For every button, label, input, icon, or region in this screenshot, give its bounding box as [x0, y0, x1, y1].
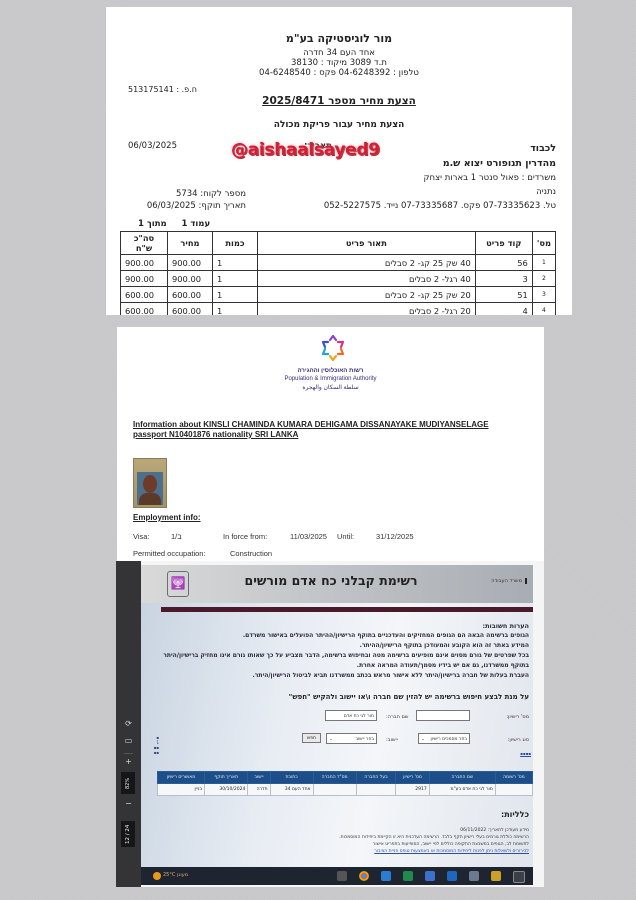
summary-lines: מידע מעודכן לתאריך: 06/11/2022 הרשימה כו… [199, 827, 529, 855]
cell-total: 900.00 [121, 255, 168, 271]
passport-photo [133, 458, 167, 508]
to-label: לכבוד [316, 141, 556, 156]
explorer-icon[interactable] [491, 871, 501, 881]
to-company: מהדרין תנופורט יצוא ש.מ [316, 156, 556, 171]
settlement-select[interactable]: בחר יישוב⌄ [326, 733, 377, 744]
cell-desc: 20 שק 25 קג- 2 סבלים [258, 287, 476, 303]
occupation-value: Construction [230, 549, 272, 558]
results-col-header: בעל החברה [356, 772, 396, 784]
company-name-input[interactable]: מור לגי כח אדם [325, 710, 377, 721]
authority-name-ar: سلطة السكان والهجرة [117, 384, 544, 391]
authority-name-he: רשות האוכלוסין וההגירה [117, 368, 544, 374]
mail-icon[interactable] [447, 871, 457, 881]
cell-price: 900.00 [168, 271, 213, 287]
license-type-select[interactable]: בחר מסמכים רישיון⌄ [418, 733, 470, 744]
results-col-header: שם החברה [429, 772, 495, 784]
until-value: 31/12/2025 [376, 532, 414, 541]
summary-title: כלליות: [501, 810, 529, 819]
to-offices: משרדים : פאול סנטר 1 בארות יצחק [316, 171, 556, 186]
customer-no: 5734 [176, 189, 198, 199]
results-cell: חדרה [248, 784, 270, 796]
table-row: 2340 רגל- 2 סבלים1900.00900.00 [121, 271, 556, 287]
results-col-header: מס' רישיון [396, 772, 429, 784]
zoom-level: 82% [121, 772, 135, 794]
search-instruction: על מנת לבצע חיפוש ברשימה יש להזין שם חבר… [289, 693, 529, 701]
person-info-line1: Information about KINSLI CHAMINDA KUMARA… [133, 420, 489, 430]
table-row: 35120 שק 25 קג- 2 סבלים1600.00600.00 [121, 287, 556, 303]
cell-qty: 1 [213, 271, 258, 287]
results-col-header: מאושרים רישיון [158, 772, 205, 784]
site-title: רשימת קבלני כח אדם מורשים [221, 573, 441, 588]
date-value: 06/03/2025 [128, 141, 177, 151]
contractor-list-photo: ⟳ ▭ + 82% − 12 / 24 🕎 רשימת קבלני כח אדם… [116, 561, 544, 887]
cell-code: 3 [475, 271, 532, 287]
weather-desc: מעונן [177, 872, 188, 878]
company-name-label: שם חברה: [386, 714, 408, 720]
note-2: המידע באתר זה הוא הקובע והמעודכן בתוקף ה… [159, 641, 529, 651]
visa-label: Visa: [133, 532, 150, 541]
zoom-in-button[interactable]: + [116, 757, 141, 766]
rotate-icon[interactable]: ⟳ [116, 719, 141, 728]
cell-idx: 3 [532, 287, 555, 303]
cell-desc: 40 רגל- 2 סבלים [258, 271, 476, 287]
weather-text: 25°C מעונן [163, 872, 188, 878]
summary-line: הרשימה כוללת גורמים בעלי רישיון תקף בלבד… [199, 834, 529, 841]
results-col-header: מס' רשומה [495, 772, 532, 784]
note-3: בכל שפרטים של גורם מסוים אינם מופיעים בר… [159, 651, 529, 661]
recipient-block: לכבוד מהדרין תנופורט יצוא ש.מ משרדים : פ… [316, 141, 556, 186]
chevron-down-icon: ⌄ [421, 734, 425, 745]
tax-id-value: 513175141 [128, 85, 174, 94]
to-city: נתניה [316, 187, 556, 197]
results-cell: מור לגי כח אדם בע"מ [429, 784, 495, 796]
results-header-row: מס' רשומהשם החברהמס' רישיוןבעל החברהמס"ד… [158, 772, 533, 784]
col-total: סה"כ ש"ח [121, 232, 168, 255]
weather-temp: 25°C [163, 872, 175, 878]
cell-price: 600.00 [168, 287, 213, 303]
license-no-label: מס' רישיון: [506, 714, 529, 720]
task-view-icon[interactable] [337, 871, 347, 881]
fit-page-icon[interactable]: ▭ [116, 736, 141, 745]
cell-desc: 40 שק 25 קג- 2 סבלים [258, 255, 476, 271]
note-5: העברת בעלות של חברה ברישיון/היתר ללא איש… [159, 671, 529, 681]
edge-icon[interactable] [381, 871, 391, 881]
tax-id-label: ח.פ. [182, 85, 197, 94]
license-no-input[interactable] [416, 710, 470, 721]
tax-id: ח.פ. : 513175141 [128, 85, 197, 94]
results-cell [313, 784, 356, 796]
valid-until-label: תאריך תוקף: [199, 201, 246, 211]
cell-idx: 2 [532, 271, 555, 287]
page-indicator: עמוד 1 מתוך 1 [138, 219, 210, 229]
results-cell: 30/10/2024 [205, 784, 248, 796]
page-of-label: מתוך [147, 219, 167, 229]
page-label: עמוד [190, 219, 210, 229]
notes-title: הערות חשובות: [159, 621, 529, 631]
in-force-value: 11/03/2025 [290, 532, 327, 541]
page-counter: 12 / 24 [121, 821, 135, 847]
cell-idx: 4 [532, 303, 555, 316]
items-table: מס' קוד פריט תאור פריט כמות מחיר סה"כ ש"… [120, 231, 556, 315]
results-col-header: יישוב [248, 772, 270, 784]
cell-total: 600.00 [121, 287, 168, 303]
chevron-down-icon: ⌄ [329, 734, 333, 745]
state-emblem-icon: 🕎 [167, 571, 189, 597]
person-info-line2: passport N10401876 nationality SRI LANKA [133, 430, 489, 440]
col-desc: תאור פריט [258, 232, 476, 255]
settlement-label: יישוב: [386, 737, 398, 743]
monitor-screen: 🕎 רשימת קבלני כח אדם מורשים משרד העבודה … [141, 565, 533, 885]
side-note: ▪1▪▪▪▪ [143, 735, 159, 755]
cell-idx: 1 [532, 255, 555, 271]
immigration-record: רשות האוכלוסין וההגירה Population & Immi… [117, 327, 544, 563]
site-header: 🕎 רשימת קבלני כח אדם מורשים משרד העבודה [141, 565, 533, 603]
employment-info-heading: Employment info: [133, 513, 201, 522]
occupation-label: Permitted occupation: [133, 549, 206, 558]
results-cell: בניין [158, 784, 205, 796]
summary-line: מידע מעודכן לתאריך: 06/11/2022 [199, 827, 529, 834]
cell-qty: 1 [213, 303, 258, 316]
contractor-results-table: מס' רשומהשם החברהמס' רישיוןבעל החברהמס"ד… [157, 771, 533, 796]
windows-taskbar: 25°C מעונן [141, 867, 533, 885]
zoom-out-button[interactable]: − [116, 799, 141, 808]
cell-price: 600.00 [168, 303, 213, 316]
items-table-header: מס' קוד פריט תאור פריט כמות מחיר סה"כ ש"… [121, 232, 556, 255]
table-row: 15640 שק 25 קג- 2 סבלים1900.00900.00 [121, 255, 556, 271]
to-city-wrap: נתניה [316, 187, 556, 197]
cell-desc: 20 רגל- 2 סבלים [258, 303, 476, 316]
until-label: Until: [337, 532, 354, 541]
settlement-value: בחר יישוב [355, 737, 374, 742]
cell-price: 900.00 [168, 255, 213, 271]
table-row: 4420 רגל- 2 סבלים1600.00600.00 [121, 303, 556, 316]
customer-info: מספר לקוח: 5734 תאריך תוקף: 06/03/2025 [136, 188, 246, 212]
cell-qty: 1 [213, 287, 258, 303]
table-row: מור לגי כח אדם בע"מ2917אחד העם 34חדרה30/… [158, 784, 533, 796]
customer-no-label: מספר לקוח: [200, 189, 246, 199]
important-notes: הערות חשובות: הגופים ברשימה הבאה הם הגופ… [159, 621, 529, 681]
visa-value: ב/1 [171, 532, 182, 541]
cell-code: 51 [475, 287, 532, 303]
store-icon[interactable] [425, 871, 435, 881]
results-col-header: כתובת [270, 772, 313, 784]
search-button[interactable]: חפש [302, 733, 321, 743]
cell-total: 900.00 [121, 271, 168, 287]
page-total: 1 [138, 219, 144, 229]
results-cell [495, 784, 532, 796]
summary-line: לתשומת לב, הגופים במשבצת התקופה כוללים ל… [199, 841, 529, 848]
license-type-label: סוג רישיון: [508, 737, 529, 743]
results-cell [356, 784, 396, 796]
valid-until: 06/03/2025 [147, 201, 196, 211]
results-col-header: מס"ד החברה [313, 772, 356, 784]
authority-name-en: Population & Immigration Authority [117, 376, 544, 382]
company-pobox: ת.ד 3089 מיקוד : 38130 [106, 58, 572, 68]
pdf-viewer-sidebar: ⟳ ▭ + 82% − 12 / 24 [116, 561, 141, 887]
cell-code: 4 [475, 303, 532, 316]
col-qty: כמות [213, 232, 258, 255]
cell-total: 600.00 [121, 303, 168, 316]
quote-subtitle: הצעת מחיר עבור פריקת מכולה [106, 120, 572, 130]
authority-logo-icon [320, 335, 346, 361]
company-name: מור לוגיסטיקה בע"מ [106, 32, 572, 45]
company-address: אחד העם 34 חדרה [106, 48, 572, 58]
col-price: מחיר [168, 232, 213, 255]
page-current: 1 [181, 219, 187, 229]
price-quote-document: מור לוגיסטיקה בע"מ אחד העם 34 חדרה ת.ד 3… [106, 7, 572, 315]
quote-title: הצעת מחיר מספר 2025/8471 [106, 95, 572, 107]
chrome-icon[interactable] [359, 871, 369, 881]
note-1: הגופים ברשימה הבאה הם הגופים המחזיקים וה… [159, 631, 529, 641]
results-col-header: תאריך תוקף [205, 772, 248, 784]
results-cell: אחד העם 34 [270, 784, 313, 796]
col-code: קוד פריט [475, 232, 532, 255]
person-info-heading: Information about KINSLI CHAMINDA KUMARA… [133, 420, 489, 440]
app-icon[interactable] [469, 871, 479, 881]
license-link[interactable]: ▪▪▪▪ [520, 751, 531, 756]
col-idx: מס' [532, 232, 555, 255]
summary-link[interactable]: לבירורים ולשאלות ניתן לפנות ליחידות המוס… [199, 848, 529, 855]
weather-icon [153, 872, 161, 880]
in-force-label: In force from: [223, 532, 267, 541]
app-icon[interactable] [513, 871, 525, 883]
cell-qty: 1 [213, 255, 258, 271]
company-phones: טלפון : 04-6248392 פקס : 04-6248540 [106, 68, 572, 78]
results-cell: 2917 [396, 784, 429, 796]
header-divider [161, 607, 533, 612]
excel-icon[interactable] [403, 871, 413, 881]
ministry-name: משרד העבודה [491, 578, 527, 584]
note-4: בתוקף ממשרדנו, גם אם יש בידיו מסמך/תעודה… [159, 661, 529, 671]
license-type-value: בחר מסמכים רישיון [430, 737, 467, 742]
cell-code: 56 [475, 255, 532, 271]
to-phones: טל. 07-73335623 פקס. 07-73335687 נייד. 0… [324, 201, 556, 211]
